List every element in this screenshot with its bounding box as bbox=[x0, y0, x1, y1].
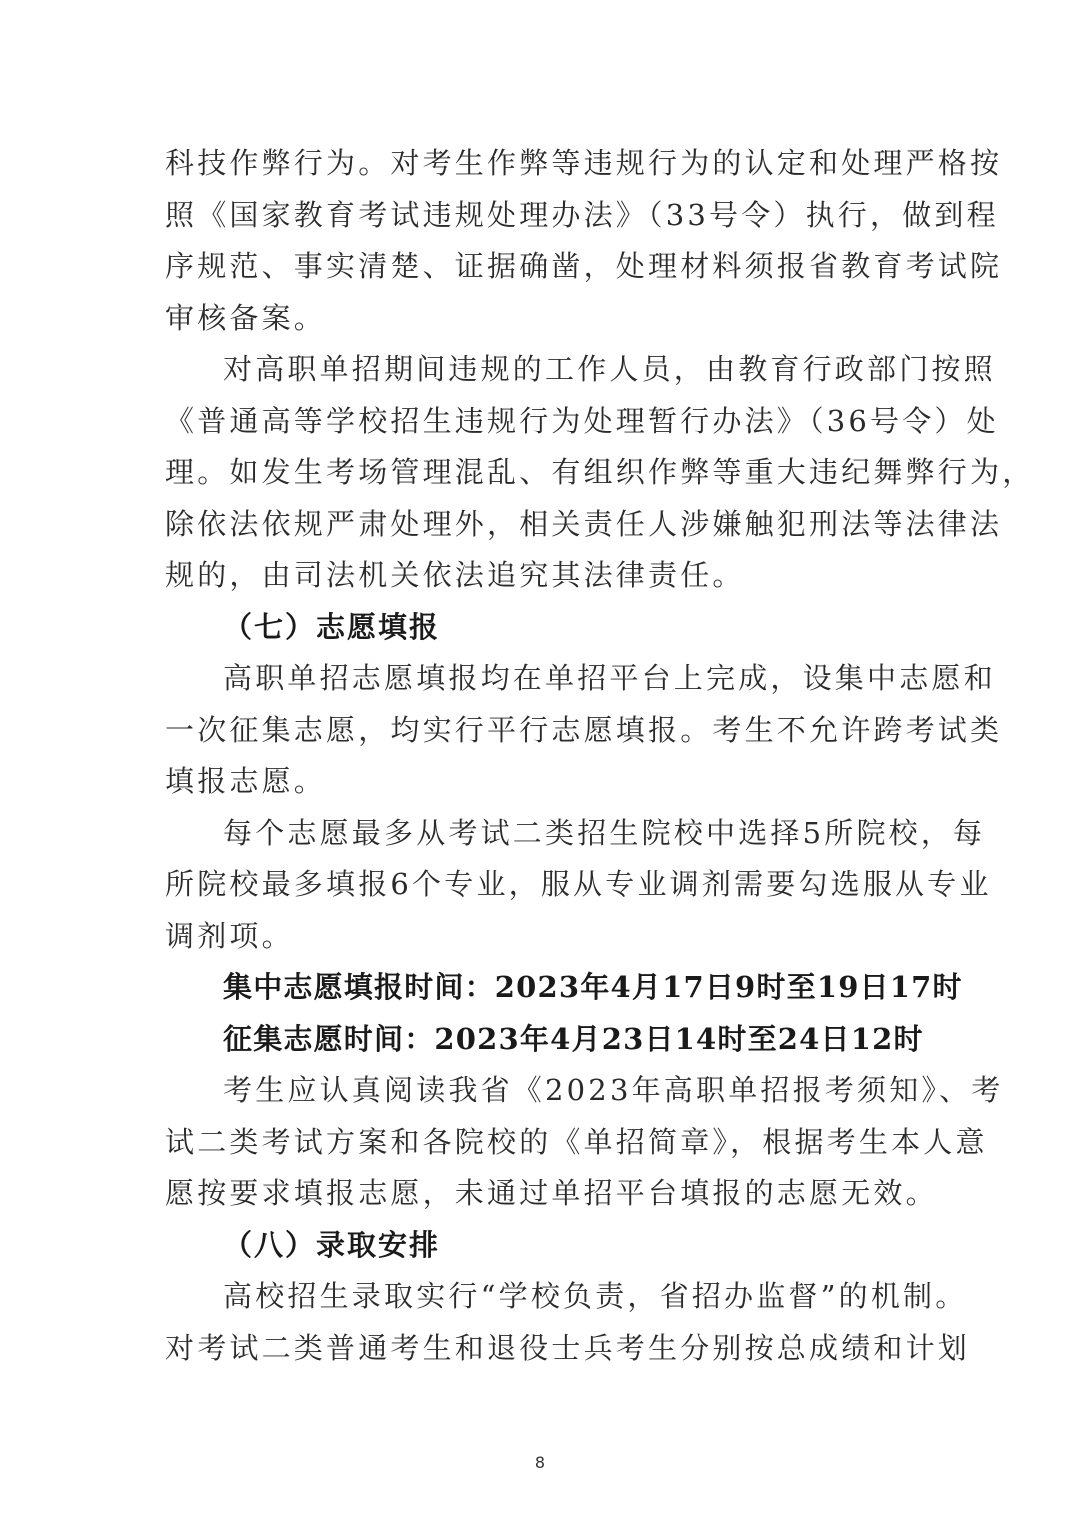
centralized-application-time: 集中志愿填报时间：2023年4月17日9时至19日17时 bbox=[165, 962, 917, 1014]
text-line: 所院校最多填报6个专业，服从专业调剂需要勾选服从专业 bbox=[165, 859, 917, 911]
paragraph-violation-handling: 科技作弊行为。对考生作弊等违规行为的认定和处理严格按 照《国家教育考试违规处理办… bbox=[165, 138, 917, 344]
text-line: 愿按要求填报志愿，未通过单招平台填报的志愿无效。 bbox=[165, 1168, 917, 1220]
text-line: 高职单招志愿填报均在单招平台上完成，设集中志愿和 bbox=[165, 653, 917, 705]
text-line: 高校招生录取实行“学校负责，省招办监督”的机制。 bbox=[165, 1271, 917, 1323]
section-heading-application: （七）志愿填报 bbox=[165, 602, 917, 654]
document-page: 科技作弊行为。对考生作弊等违规行为的认定和处理严格按 照《国家教育考试违规处理办… bbox=[0, 0, 1080, 1527]
text-line: 对高职单招期间违规的工作人员，由教育行政部门按照 bbox=[165, 344, 917, 396]
paragraph-staff-violations: 对高职单招期间违规的工作人员，由教育行政部门按照 《普通高等学校招生违规行为处理… bbox=[165, 344, 917, 602]
supplementary-application-time: 征集志愿时间：2023年4月23日14时至24日12时 bbox=[165, 1014, 917, 1066]
paragraph-reading-notice: 考生应认真阅读我省《2023年高职单招报考须知》、考 试二类考试方案和各院校的《… bbox=[165, 1065, 917, 1220]
text-line: 每个志愿最多从考试二类招生院校中选择5所院校，每 bbox=[165, 808, 917, 860]
text-line: 科技作弊行为。对考生作弊等违规行为的认定和处理严格按 bbox=[165, 138, 917, 190]
text-line: 除依法依规严肃处理外，相关责任人涉嫌触犯刑法等法律法 bbox=[165, 499, 917, 551]
schedule-centralized: 集中志愿填报时间：2023年4月17日9时至19日17时 bbox=[165, 962, 917, 1014]
text-line: 理。如发生考场管理混乱、有组织作弊等重大违纪舞弊行为， bbox=[165, 447, 917, 499]
paragraph-application-platform: 高职单招志愿填报均在单招平台上完成，设集中志愿和 一次征集志愿，均实行平行志愿填… bbox=[165, 653, 917, 808]
paragraph-application-limits: 每个志愿最多从考试二类招生院校中选择5所院校，每 所院校最多填报6个专业，服从专… bbox=[165, 808, 917, 963]
text-line: 一次征集志愿，均实行平行志愿填报。考生不允许跨考试类 bbox=[165, 705, 917, 757]
paragraph-admission-mechanism: 高校招生录取实行“学校负责，省招办监督”的机制。 对考试二类普通考生和退役士兵考… bbox=[165, 1271, 917, 1374]
page-number: 8 bbox=[0, 1453, 1080, 1472]
section-heading: （八）录取安排 bbox=[165, 1220, 917, 1272]
schedule-supplementary: 征集志愿时间：2023年4月23日14时至24日12时 bbox=[165, 1014, 917, 1066]
text-line: 序规范、事实清楚、证据确凿，处理材料须报省教育考试院 bbox=[165, 241, 917, 293]
text-line: 规的，由司法机关依法追究其法律责任。 bbox=[165, 550, 917, 602]
text-line: 填报志愿。 bbox=[165, 756, 917, 808]
text-line: 审核备案。 bbox=[165, 293, 917, 345]
text-line: 调剂项。 bbox=[165, 911, 917, 963]
text-line: 对考试二类普通考生和退役士兵考生分别按总成绩和计划 bbox=[165, 1323, 917, 1375]
section-heading-admission: （八）录取安排 bbox=[165, 1220, 917, 1272]
section-heading: （七）志愿填报 bbox=[165, 602, 917, 654]
text-line: 《普通高等学校招生违规行为处理暂行办法》（36号令）处 bbox=[165, 396, 917, 448]
text-line: 考生应认真阅读我省《2023年高职单招报考须知》、考 bbox=[165, 1065, 917, 1117]
text-line: 试二类考试方案和各院校的《单招简章》，根据考生本人意 bbox=[165, 1117, 917, 1169]
text-line: 照《国家教育考试违规处理办法》（33号令）执行，做到程 bbox=[165, 190, 917, 242]
page-content: 科技作弊行为。对考生作弊等违规行为的认定和处理严格按 照《国家教育考试违规处理办… bbox=[165, 138, 917, 1374]
